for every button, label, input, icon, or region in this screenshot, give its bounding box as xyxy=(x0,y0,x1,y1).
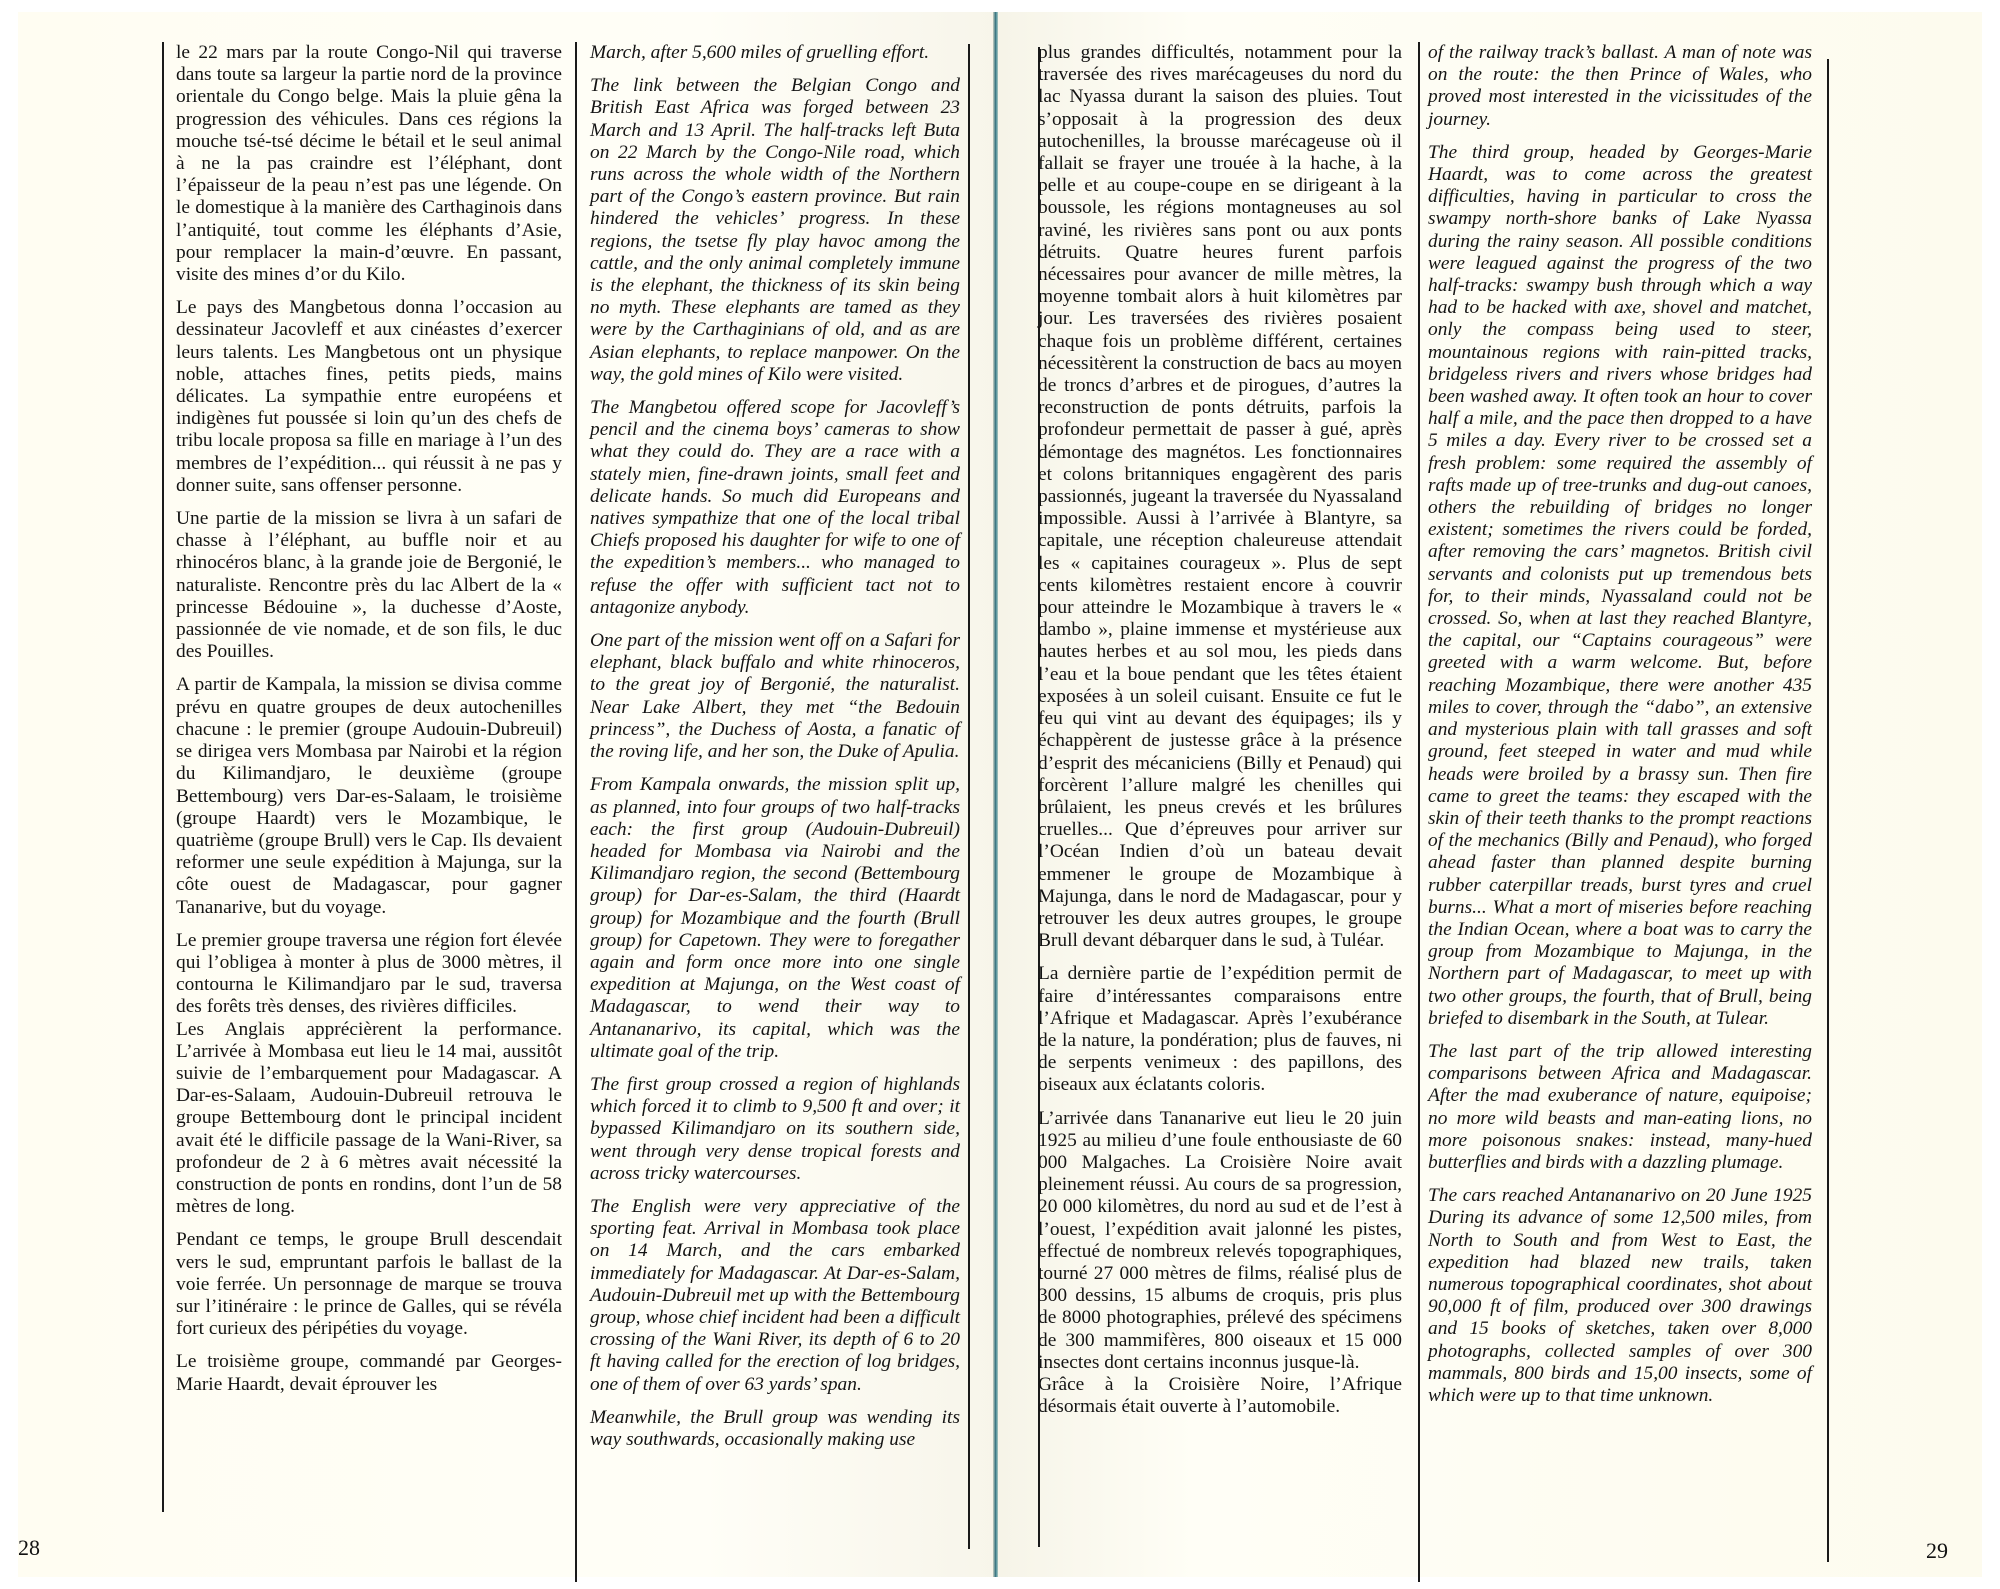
paragraph: The Mangbetou offered scope for Jacovlef… xyxy=(590,397,960,619)
page-28: le 22 mars par la route Congo-Nil qui tr… xyxy=(18,12,998,1577)
paragraph: Les Anglais apprécièrent la performance.… xyxy=(176,1019,562,1219)
paragraph: The first group crossed a region of high… xyxy=(590,1074,960,1185)
column-french-left: le 22 mars par la route Congo-Nil qui tr… xyxy=(176,42,562,1407)
book-spread: le 22 mars par la route Congo-Nil qui tr… xyxy=(18,12,1982,1577)
column-french-right: plus grandes difficultés, notamment pour… xyxy=(1038,42,1402,1429)
paragraph: The English were very appreciative of th… xyxy=(590,1196,960,1396)
paragraph: A partir de Kampala, la mission se divis… xyxy=(176,674,562,918)
paragraph: le 22 mars par la route Congo-Nil qui tr… xyxy=(176,42,562,286)
paragraph: The last part of the trip allowed intere… xyxy=(1428,1041,1812,1174)
paragraph: The link between the Belgian Congo and B… xyxy=(590,75,960,386)
paragraph: Le troisième groupe, commandé par George… xyxy=(176,1351,562,1395)
paragraph: Le premier groupe traversa une région fo… xyxy=(176,930,562,1019)
paragraph: Pendant ce temps, le groupe Brull descen… xyxy=(176,1229,562,1340)
paragraph: Grâce à la Croisière Noire, l’Afrique dé… xyxy=(1038,1374,1402,1418)
column-english-left: March, after 5,600 miles of gruelling ef… xyxy=(590,42,960,1462)
column-rule-left-middle xyxy=(575,42,577,1582)
paragraph: The cars reached Antananarivo on 20 June… xyxy=(1428,1185,1812,1407)
paragraph: Meanwhile, the Brull group was wending i… xyxy=(590,1407,960,1451)
paragraph: L’arrivée dans Tananarive eut lieu le 20… xyxy=(1038,1108,1402,1374)
paragraph: of the railway track’s ballast. A man of… xyxy=(1428,42,1812,131)
paragraph: La dernière partie de l’expédition permi… xyxy=(1038,963,1402,1096)
page-number-left: 28 xyxy=(18,1535,40,1561)
paragraph: plus grandes difficultés, notamment pour… xyxy=(1038,42,1402,952)
column-rule-left-inner xyxy=(968,44,970,1549)
column-rule-right-middle xyxy=(1418,42,1420,1582)
column-english-right: of the railway track’s ballast. A man of… xyxy=(1428,42,1812,1418)
paragraph: Le pays des Mangbetous donna l’occasion … xyxy=(176,297,562,497)
column-rule-right-inner xyxy=(1827,59,1829,1562)
page-29: plus grandes difficultés, notamment pour… xyxy=(998,12,1982,1577)
column-rule-left-outer xyxy=(162,42,164,1512)
paragraph: The third group, headed by Georges-Marie… xyxy=(1428,142,1812,1030)
paragraph: Une partie de la mission se livra à un s… xyxy=(176,508,562,663)
paragraph: One part of the mission went off on a Sa… xyxy=(590,630,960,763)
page-number-right: 29 xyxy=(1926,1538,1948,1564)
paragraph: From Kampala onwards, the mission split … xyxy=(590,774,960,1063)
paragraph: March, after 5,600 miles of gruelling ef… xyxy=(590,42,960,64)
